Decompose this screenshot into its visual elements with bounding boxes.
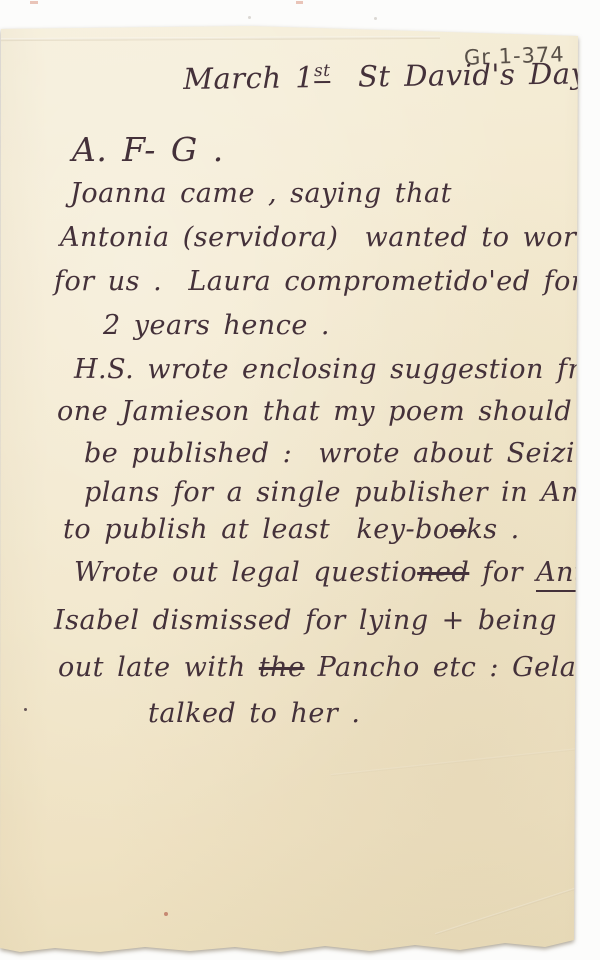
text-segment: one Jamieson that my poem should	[57, 396, 572, 427]
text-segment: out late with	[58, 652, 259, 683]
date-heading: March 1st St David's Day .	[183, 56, 600, 96]
text-segment: plans for a single publisher in America	[84, 477, 600, 508]
text-segment: to publish at least key-bo	[63, 514, 450, 545]
manuscript-scan: Gr 1-374 March 1st St David's Day .A. F-…	[0, 0, 600, 960]
text-segment: 2 years hence .	[103, 310, 330, 341]
text-segment: Pancho etc : Gelat	[305, 652, 588, 683]
text-segment: March 1	[183, 60, 314, 96]
struck-text: ned	[417, 557, 469, 588]
salutation-line: A. F- G .	[72, 130, 224, 169]
text-segment: H.S. wrote enclosing suggestion from	[74, 354, 600, 385]
handwritten-line: talked to her .	[148, 698, 360, 729]
handwritten-line: to publish at least key-books .	[63, 514, 520, 545]
paper-crease	[331, 746, 600, 776]
text-segment: talked to her .	[148, 698, 360, 729]
underlined-text: Antigua	[536, 557, 600, 592]
struck-text: o	[450, 514, 467, 545]
text-segment: be published : wrote about Seizin	[84, 438, 593, 469]
paper-sheet: Gr 1-374 March 1st St David's Day .A. F-…	[0, 0, 600, 960]
text-segment: Joanna came , saying that	[70, 178, 452, 209]
handwritten-line: plans for a single publisher in America	[84, 477, 600, 508]
paper-crease	[435, 867, 600, 935]
handwritten-line: 2 years hence .	[103, 310, 330, 341]
handwritten-line: one Jamieson that my poem should	[57, 396, 572, 427]
text-segment: Isabel dismissed for lying + being	[54, 605, 557, 636]
text-segment: St David's Day .	[330, 56, 600, 94]
handwritten-line: H.S. wrote enclosing suggestion from	[74, 354, 600, 385]
handwritten-line: Isabel dismissed for lying + being	[54, 605, 557, 636]
text-segment: Wrote out legal questio	[74, 557, 417, 588]
ink-dot	[24, 708, 27, 711]
text-segment: for	[469, 557, 536, 588]
handwritten-line: out late with the Pancho etc : Gelat	[58, 652, 588, 683]
paper-shadow: Gr 1-374 March 1st St David's Day .A. F-…	[0, 0, 600, 960]
handwritten-line: Joanna came , saying that	[70, 178, 452, 209]
handwritten-line: be published : wrote about Seizin	[84, 438, 593, 469]
paper-crease	[0, 36, 440, 41]
struck-text: the	[259, 652, 305, 683]
legal-questions-line: Wrote out legal questioned for Antigua .	[74, 557, 600, 588]
handwritten-line: Antonia (servidora) wanted to work	[60, 222, 593, 253]
text-segment: Antonia (servidora) wanted to work	[60, 222, 593, 253]
text-segment: for us . Laura comprometido'ed for	[54, 266, 584, 297]
paper-spot	[164, 912, 168, 916]
text-segment: st	[314, 60, 331, 83]
text-segment: ks .	[466, 514, 519, 545]
handwritten-line: for us . Laura comprometido'ed for	[54, 266, 584, 297]
text-segment: A. F- G .	[72, 130, 224, 169]
